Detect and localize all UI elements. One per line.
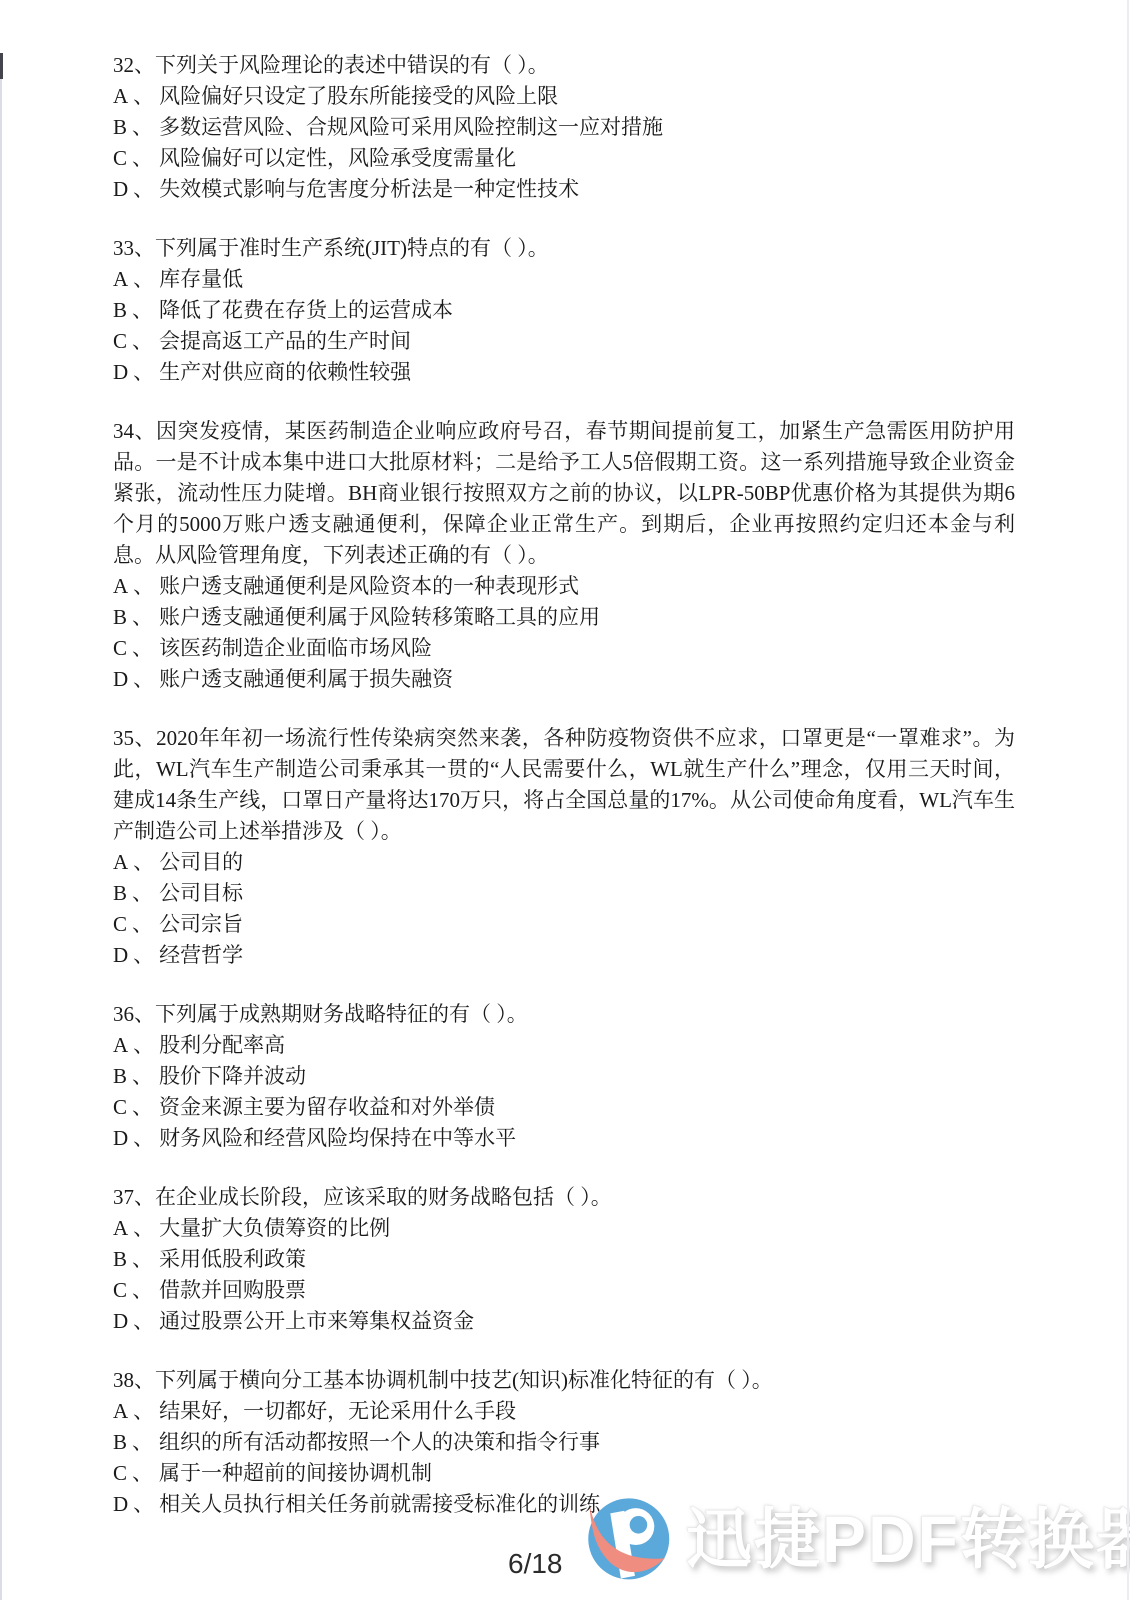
option-label: A、 [113,571,159,602]
option-row: A、结果好，一切都好，无论采用什么手段 [113,1396,1015,1427]
question-number: 34、 [113,419,156,443]
question-block-37: 37、在企业成长阶段，应该采取的财务战略包括（ ）。 A、大量扩大负债筹资的比例… [113,1182,1015,1337]
question-block-35: 35、2020年年初一场流行性传染病突然来袭，各种防疫物资供不应求，口罩更是“一… [113,723,1015,971]
question-block-33: 33、下列属于准时生产系统(JIT)特点的有（ ）。 A、库存量低 B、降低了花… [113,233,1015,388]
page-number: 6/18 [508,1548,563,1580]
option-label: B、 [113,112,159,143]
scan-edge-line-left [0,55,2,1600]
question-stem: 35、2020年年初一场流行性传染病突然来袭，各种防疫物资供不应求，口罩更是“一… [113,723,1015,847]
option-row: C、风险偏好可以定性，风险承受度需量化 [113,143,1015,174]
option-text: 风险偏好可以定性，风险承受度需量化 [159,143,1015,174]
option-text: 相关人员执行相关任务前就需接受标准化的训练 [159,1489,1015,1520]
option-row: C、会提高返工产品的生产时间 [113,326,1015,357]
option-label: B、 [113,295,159,326]
option-row: C、借款并回购股票 [113,1275,1015,1306]
document-body: 32、下列关于风险理论的表述中错误的有（ ）。 A、风险偏好只设定了股东所能接受… [113,50,1015,1548]
option-text: 公司目的 [159,847,1015,878]
option-text: 采用低股利政策 [159,1244,1015,1275]
option-text: 通过股票公开上市来筹集权益资金 [159,1306,1015,1337]
option-label: B、 [113,602,159,633]
option-text: 账户透支融通便利属于损失融资 [159,664,1015,695]
option-label: C、 [113,633,159,664]
question-stem: 33、下列属于准时生产系统(JIT)特点的有（ ）。 [113,233,1015,264]
question-number: 33、 [113,236,155,260]
question-text: 2020年年初一场流行性传染病突然来袭，各种防疫物资供不应求，口罩更是“一罩难求… [113,726,1015,843]
option-text: 库存量低 [159,264,1015,295]
question-block-38: 38、下列属于横向分工基本协调机制中技艺(知识)标准化特征的有（ ）。 A、结果… [113,1365,1015,1520]
scan-edge-line-right [1127,0,1129,1600]
option-text: 借款并回购股票 [159,1275,1015,1306]
option-label: A、 [113,1396,159,1427]
option-row: B、公司目标 [113,878,1015,909]
option-text: 失效模式影响与危害度分析法是一种定性技术 [159,174,1015,205]
question-block-34: 34、因突发疫情，某医药制造企业响应政府号召，春节期间提前复工，加紧生产急需医用… [113,416,1015,695]
option-text: 股价下降并波动 [159,1061,1015,1092]
option-row: A、账户透支融通便利是风险资本的一种表现形式 [113,571,1015,602]
option-label: C、 [113,143,159,174]
option-label: B、 [113,1061,159,1092]
option-row: A、大量扩大负债筹资的比例 [113,1213,1015,1244]
option-label: D、 [113,940,159,971]
option-row: A、公司目的 [113,847,1015,878]
option-row: B、采用低股利政策 [113,1244,1015,1275]
option-label: C、 [113,1458,159,1489]
question-number: 37、 [113,1185,155,1209]
option-label: B、 [113,1427,159,1458]
scan-edge-mark [0,53,3,79]
option-row: A、股利分配率高 [113,1030,1015,1061]
option-label: D、 [113,174,159,205]
option-text: 股利分配率高 [159,1030,1015,1061]
question-text: 下列属于横向分工基本协调机制中技艺(知识)标准化特征的有（ ）。 [155,1368,773,1392]
question-stem: 34、因突发疫情，某医药制造企业响应政府号召，春节期间提前复工，加紧生产急需医用… [113,416,1015,571]
option-text: 账户透支融通便利属于风险转移策略工具的应用 [159,602,1015,633]
option-text: 财务风险和经营风险均保持在中等水平 [159,1123,1015,1154]
option-row: B、组织的所有活动都按照一个人的决策和指令行事 [113,1427,1015,1458]
option-label: A、 [113,1213,159,1244]
option-row: D、失效模式影响与危害度分析法是一种定性技术 [113,174,1015,205]
question-number: 32、 [113,53,155,77]
option-text: 风险偏好只设定了股东所能接受的风险上限 [159,81,1015,112]
option-text: 该医药制造企业面临市场风险 [159,633,1015,664]
option-row: B、账户透支融通便利属于风险转移策略工具的应用 [113,602,1015,633]
question-block-36: 36、下列属于成熟期财务战略特征的有（ ）。 A、股利分配率高 B、股价下降并波… [113,999,1015,1154]
question-text: 在企业成长阶段，应该采取的财务战略包括（ ）。 [155,1185,612,1209]
option-row: A、风险偏好只设定了股东所能接受的风险上限 [113,81,1015,112]
option-text: 降低了花费在存货上的运营成本 [159,295,1015,326]
option-text: 属于一种超前的间接协调机制 [159,1458,1015,1489]
question-number: 35、 [113,726,156,750]
option-text: 生产对供应商的依赖性较强 [159,357,1015,388]
option-label: A、 [113,264,159,295]
option-text: 账户透支融通便利是风险资本的一种表现形式 [159,571,1015,602]
option-row: C、资金来源主要为留存收益和对外举债 [113,1092,1015,1123]
option-label: A、 [113,81,159,112]
question-text: 下列属于成熟期财务战略特征的有（ ）。 [155,1002,528,1026]
option-row: C、属于一种超前的间接协调机制 [113,1458,1015,1489]
option-text: 多数运营风险、合规风险可采用风险控制这一应对措施 [159,112,1015,143]
option-label: C、 [113,1275,159,1306]
option-text: 结果好，一切都好，无论采用什么手段 [159,1396,1015,1427]
option-label: D、 [113,664,159,695]
option-label: D、 [113,1489,159,1520]
option-label: C、 [113,326,159,357]
question-stem: 36、下列属于成熟期财务战略特征的有（ ）。 [113,999,1015,1030]
option-row: B、多数运营风险、合规风险可采用风险控制这一应对措施 [113,112,1015,143]
option-label: B、 [113,878,159,909]
option-row: C、该医药制造企业面临市场风险 [113,633,1015,664]
option-row: A、库存量低 [113,264,1015,295]
option-label: B、 [113,1244,159,1275]
question-number: 36、 [113,1002,155,1026]
question-stem: 38、下列属于横向分工基本协调机制中技艺(知识)标准化特征的有（ ）。 [113,1365,1015,1396]
question-text: 下列关于风险理论的表述中错误的有（ ）。 [155,53,549,77]
option-text: 经营哲学 [159,940,1015,971]
option-text: 会提高返工产品的生产时间 [159,326,1015,357]
option-label: C、 [113,909,159,940]
option-text: 公司目标 [159,878,1015,909]
question-stem: 32、下列关于风险理论的表述中错误的有（ ）。 [113,50,1015,81]
option-row: D、通过股票公开上市来筹集权益资金 [113,1306,1015,1337]
question-text: 因突发疫情，某医药制造企业响应政府号召，春节期间提前复工，加紧生产急需医用防护用… [113,419,1015,567]
option-label: A、 [113,1030,159,1061]
option-row: C、公司宗旨 [113,909,1015,940]
option-label: D、 [113,1123,159,1154]
option-label: C、 [113,1092,159,1123]
option-text: 资金来源主要为留存收益和对外举债 [159,1092,1015,1123]
option-row: B、降低了花费在存货上的运营成本 [113,295,1015,326]
option-label: D、 [113,357,159,388]
option-label: D、 [113,1306,159,1337]
option-row: D、账户透支融通便利属于损失融资 [113,664,1015,695]
question-stem: 37、在企业成长阶段，应该采取的财务战略包括（ ）。 [113,1182,1015,1213]
question-block-32: 32、下列关于风险理论的表述中错误的有（ ）。 A、风险偏好只设定了股东所能接受… [113,50,1015,205]
option-row: D、财务风险和经营风险均保持在中等水平 [113,1123,1015,1154]
option-label: A、 [113,847,159,878]
option-row: D、相关人员执行相关任务前就需接受标准化的训练 [113,1489,1015,1520]
option-row: B、股价下降并波动 [113,1061,1015,1092]
option-text: 组织的所有活动都按照一个人的决策和指令行事 [159,1427,1015,1458]
question-number: 38、 [113,1368,155,1392]
option-text: 大量扩大负债筹资的比例 [159,1213,1015,1244]
option-text: 公司宗旨 [159,909,1015,940]
option-row: D、经营哲学 [113,940,1015,971]
option-row: D、生产对供应商的依赖性较强 [113,357,1015,388]
question-text: 下列属于准时生产系统(JIT)特点的有（ ）。 [155,236,549,260]
